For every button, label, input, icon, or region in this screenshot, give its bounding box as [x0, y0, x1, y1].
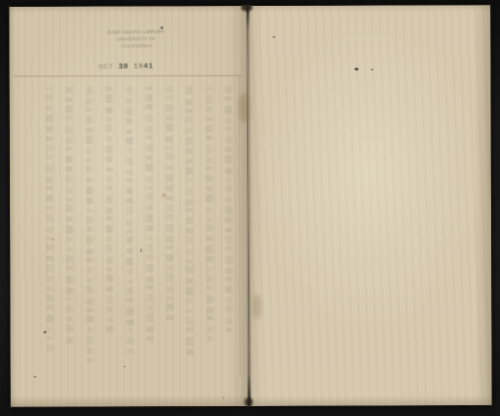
bleed-glyph — [106, 175, 113, 182]
bleed-glyph — [206, 135, 213, 140]
bleed-glyph — [225, 118, 232, 124]
bleed-glyph — [226, 268, 233, 274]
bleed-glyph — [86, 198, 93, 204]
bleed-glyph — [166, 146, 173, 150]
bleed-column — [206, 86, 215, 344]
bleed-glyph — [67, 325, 74, 333]
bleed-glyph — [187, 327, 194, 332]
bleed-glyph — [207, 217, 214, 221]
bleed-glyph — [46, 186, 53, 190]
bleed-glyph — [147, 294, 154, 301]
bleed-glyph — [147, 225, 154, 231]
bleed-glyph — [146, 86, 153, 90]
bleed-glyph — [166, 95, 173, 99]
bleed-glyph — [47, 315, 54, 323]
bleed-glyph — [166, 115, 173, 120]
bleed-glyph — [87, 227, 94, 232]
bleed-glyph — [187, 236, 194, 244]
bleed-glyph — [87, 249, 94, 255]
bleed-glyph — [127, 279, 134, 283]
bleed-glyph — [46, 94, 53, 101]
bleed-glyph — [187, 337, 194, 345]
bleed-glyph — [167, 254, 174, 261]
bleed-glyph — [187, 266, 194, 273]
date-stamp-part: OCT — [98, 64, 118, 72]
bleed-glyph — [225, 155, 232, 163]
bleed-glyph — [207, 336, 214, 341]
bleed-glyph — [186, 137, 193, 145]
bleed-glyph — [186, 167, 193, 174]
bleed-glyph — [106, 124, 113, 131]
bleed-glyph — [86, 136, 93, 144]
bleed-glyph — [226, 297, 233, 302]
bleed-glyph — [87, 217, 94, 224]
bleed-glyph — [207, 256, 214, 262]
bleed-column — [86, 87, 95, 367]
bleed-glyph — [67, 276, 74, 284]
bleed-glyph — [186, 99, 193, 105]
bleed-column — [106, 86, 115, 335]
bleed-glyph — [107, 325, 114, 332]
bleed-glyph — [187, 259, 194, 263]
bleed-glyph — [147, 236, 154, 240]
bleed-glyph — [66, 106, 73, 113]
bleed-glyph — [225, 96, 232, 101]
bleed-glyph — [146, 155, 153, 160]
bleed-glyph — [46, 126, 53, 132]
bleed-glyph — [86, 87, 93, 95]
bleed-glyph — [107, 225, 114, 232]
bleed-glyph — [166, 123, 173, 131]
bleed-glyph — [107, 295, 114, 303]
bleed-glyph — [67, 288, 74, 294]
bleed-glyph — [47, 244, 54, 251]
bleed-column — [186, 86, 195, 358]
bleed-glyph — [66, 198, 73, 202]
bleed-glyph — [126, 137, 133, 144]
bleed-glyph — [147, 336, 154, 340]
bleed-glyph — [186, 148, 193, 154]
bleed-glyph — [207, 207, 214, 213]
bleed-glyph — [225, 106, 232, 114]
bleed-glyph — [207, 285, 214, 290]
bleed-glyph — [47, 227, 54, 233]
bleed-glyph — [146, 163, 153, 171]
bleed-glyph — [206, 194, 213, 202]
bleed-glyph — [187, 309, 194, 313]
bleed-glyph — [87, 299, 94, 305]
bleed-column — [66, 87, 75, 348]
bleed-glyph — [86, 99, 93, 105]
bleed-glyph — [167, 286, 174, 292]
bleed-glyph — [47, 276, 54, 282]
bleed-glyph — [226, 217, 233, 223]
bleed-glyph — [86, 159, 93, 163]
bleed-glyph — [166, 185, 173, 191]
bleed-glyph — [67, 256, 74, 263]
bleed-glyph — [186, 187, 193, 195]
bleed-glyph — [67, 217, 74, 222]
bleed-glyph — [166, 174, 173, 182]
bleed-glyph — [226, 305, 233, 313]
bleed-glyph — [106, 94, 113, 102]
bleed-glyph — [47, 295, 54, 302]
right-page — [247, 5, 491, 406]
bleed-glyph — [207, 295, 214, 303]
bleed-glyph — [46, 155, 53, 160]
bleed-glyph — [106, 156, 113, 162]
library-stamp: EAST ASIATIC LIBRARY UNIVERSITY OF CALIF… — [97, 29, 175, 51]
bleed-glyph — [87, 316, 94, 323]
bleed-glyph — [146, 135, 153, 139]
bleed-glyph — [127, 297, 134, 302]
bleed-glyph — [47, 305, 54, 310]
left-page: EAST ASIATIC LIBRARY UNIVERSITY OF CALIF… — [9, 6, 248, 407]
bleed-glyph — [86, 178, 93, 183]
bleed-glyph — [46, 115, 53, 123]
bleed-glyph — [126, 98, 133, 103]
bleed-glyph — [107, 274, 114, 281]
bleed-column — [126, 86, 135, 356]
bleed-glyph — [107, 257, 114, 263]
bleed-glyph — [127, 307, 134, 315]
bleed-glyph — [47, 256, 54, 261]
bleed-glyph — [146, 193, 153, 200]
bleed-glyph — [66, 167, 73, 172]
bleed-glyph — [126, 107, 133, 115]
bleed-glyph — [187, 217, 194, 224]
bleed-glyph — [206, 125, 213, 132]
date-stamp-part: 19 — [128, 63, 143, 71]
bleed-glyph — [187, 208, 194, 212]
bleed-glyph — [66, 205, 73, 212]
bleed-glyph — [207, 275, 214, 282]
bleed-glyph — [66, 126, 73, 134]
bleed-glyph — [127, 219, 134, 225]
bleed-glyph — [225, 197, 232, 202]
bleed-glyph — [226, 328, 233, 332]
bleed-glyph — [126, 147, 133, 152]
bleed-glyph — [146, 94, 153, 101]
bleed-glyph — [167, 245, 174, 249]
bleed-glyph — [147, 285, 154, 289]
bleed-glyph — [47, 287, 54, 291]
bleed-glyph — [187, 278, 194, 283]
bleed-glyph — [106, 107, 113, 113]
bleed-glyph — [66, 147, 73, 151]
bleed-glyph — [225, 147, 232, 152]
bleed-glyph — [106, 117, 113, 121]
bleed-glyph — [167, 224, 174, 232]
bleed-glyph — [107, 216, 114, 220]
bleed-glyph — [146, 186, 153, 190]
bleed-glyph — [225, 127, 232, 131]
bleed-glyph — [206, 145, 213, 153]
bleed-glyph — [167, 273, 174, 281]
bleed-glyph — [166, 136, 173, 142]
bleed-glyph — [166, 204, 173, 211]
bleed-glyph — [87, 267, 94, 274]
bleed-through-rule — [14, 75, 242, 77]
bleed-glyph — [225, 185, 232, 192]
bleed-glyph — [66, 138, 73, 144]
bleed-glyph — [126, 198, 133, 203]
bleed-glyph — [87, 209, 94, 213]
bleed-glyph — [126, 118, 133, 124]
bleed-glyph — [126, 157, 133, 165]
bleed-glyph — [86, 166, 93, 173]
bleed-glyph — [46, 177, 53, 183]
bleed-glyph — [206, 117, 213, 121]
bleed-glyph — [206, 86, 213, 91]
bleed-glyph — [106, 145, 113, 153]
bleed-glyph — [87, 309, 94, 313]
bleed-glyph — [47, 214, 54, 222]
date-stamp-part: 41 — [143, 63, 153, 71]
bleed-glyph — [67, 297, 74, 301]
bleed-glyph — [167, 214, 174, 219]
bleed-glyph — [186, 86, 193, 94]
bleed-glyph — [147, 276, 154, 282]
stamp-line-1: EAST ASIATIC LIBRARY — [105, 30, 167, 36]
bleed-glyph — [166, 165, 173, 170]
bleed-glyph — [207, 325, 214, 332]
bleed-glyph — [206, 175, 213, 182]
bleed-glyph — [66, 156, 73, 163]
bleed-glyph — [167, 303, 174, 310]
bleed-glyph — [225, 168, 232, 174]
bleed-glyph — [167, 296, 174, 300]
bleed-glyph — [207, 267, 214, 271]
bleed-column — [46, 87, 55, 356]
bleed-through-border — [239, 76, 241, 376]
bleed-glyph — [186, 177, 193, 182]
bleed-glyph — [126, 178, 133, 182]
bleed-glyph — [146, 205, 153, 210]
bleed-glyph — [46, 106, 53, 111]
date-stamp-part: 30 — [118, 63, 128, 71]
bleed-column — [166, 86, 175, 324]
bleed-glyph — [47, 265, 54, 273]
bleed-glyph — [186, 159, 193, 163]
bleed-glyph — [226, 277, 233, 281]
bleed-glyph — [46, 165, 53, 173]
bleed-glyph — [166, 196, 173, 200]
bleed-glyph — [46, 87, 53, 91]
bleed-glyph — [46, 145, 53, 152]
bleed-glyph — [187, 249, 194, 255]
bleed-glyph — [187, 287, 194, 295]
bleed-column — [225, 86, 234, 335]
bleed-glyph — [207, 224, 214, 231]
bleed-glyph — [87, 286, 94, 294]
bleed-glyph — [67, 237, 74, 243]
bleed-glyph — [226, 236, 233, 243]
book-spread: EAST ASIATIC LIBRARY UNIVERSITY OF CALIF… — [9, 5, 491, 407]
bleed-glyph — [67, 248, 74, 252]
bleed-glyph — [226, 318, 233, 324]
bleed-glyph — [206, 166, 213, 170]
bleed-glyph — [226, 256, 233, 264]
bleed-glyph — [67, 317, 74, 322]
bleed-glyph — [106, 86, 113, 91]
bleed-glyph — [86, 128, 93, 133]
bleed-glyph — [87, 258, 94, 262]
bleed-glyph — [187, 228, 194, 233]
bleed-glyph — [106, 185, 113, 190]
bleed-glyph — [46, 137, 53, 141]
bleed-glyph — [107, 267, 114, 271]
bleed-glyph — [107, 207, 114, 213]
bleed-glyph — [225, 86, 232, 93]
bleed-glyph — [66, 188, 73, 194]
bleed-glyph — [207, 236, 214, 241]
bleed-glyph — [187, 317, 194, 324]
bleed-glyph — [47, 327, 54, 333]
bleed-glyph — [107, 244, 114, 252]
bleed-glyph — [206, 157, 213, 163]
bleed-glyph — [186, 128, 193, 133]
bleed-glyph — [225, 178, 232, 182]
bleed-glyph — [87, 328, 94, 333]
bleed-glyph — [127, 248, 134, 253]
bleed-column — [146, 86, 155, 343]
bleed-glyph — [166, 153, 173, 160]
bleed-glyph — [147, 326, 154, 332]
bleed-glyph — [66, 175, 73, 183]
bleed-glyph — [207, 307, 214, 313]
bleed-glyph — [86, 117, 93, 124]
bleed-glyph — [127, 229, 134, 233]
bleed-glyph — [47, 336, 54, 340]
bleed-glyph — [226, 286, 233, 293]
bleed-glyph — [66, 116, 73, 121]
bleed-glyph — [167, 236, 174, 242]
date-stamp: OCT 30 1941 — [98, 63, 153, 72]
bleed-glyph — [126, 129, 133, 133]
bleed-glyph — [146, 104, 153, 109]
bleed-glyph — [226, 246, 233, 251]
bleed-glyph — [147, 254, 154, 259]
bleed-glyph — [206, 106, 213, 112]
bleed-glyph — [87, 359, 94, 363]
bleed-glyph — [127, 268, 134, 274]
bleed-glyph — [186, 199, 193, 205]
bleed-glyph — [166, 104, 173, 111]
bleed-glyph — [127, 319, 134, 325]
bleed-glyph — [127, 348, 134, 353]
bleed-glyph — [67, 306, 74, 313]
bleed-glyph — [127, 337, 134, 344]
bleed-glyph — [187, 349, 194, 355]
bleed-glyph — [226, 206, 233, 214]
bleed-glyph — [207, 316, 214, 320]
bleed-glyph — [127, 328, 134, 332]
bleed-glyph — [86, 149, 93, 155]
bleed-glyph — [206, 95, 213, 103]
bleed-glyph — [87, 237, 94, 245]
bleed-glyph — [127, 287, 134, 294]
bleed-glyph — [87, 278, 94, 283]
bleed-glyph — [107, 306, 114, 312]
stamp-line-3: CALIFORNIA — [105, 44, 167, 50]
bleed-glyph — [166, 86, 173, 92]
bleed-glyph — [87, 337, 94, 345]
bleed-glyph — [206, 186, 213, 191]
bleed-glyph — [127, 206, 134, 214]
bleed-glyph — [126, 169, 133, 175]
bleed-glyph — [66, 98, 73, 102]
bleed-glyph — [147, 305, 154, 310]
bleed-glyph — [127, 257, 134, 265]
bleed-glyph — [225, 136, 232, 143]
bleed-glyph — [147, 244, 154, 251]
bleed-glyph — [146, 126, 153, 132]
bleed-glyph — [66, 87, 73, 93]
bleed-glyph — [106, 167, 113, 171]
bleed-glyph — [167, 315, 174, 320]
bleed-glyph — [86, 108, 93, 112]
bleed-glyph — [127, 236, 134, 243]
bleed-glyph — [106, 136, 113, 141]
bleed-glyph — [147, 214, 154, 222]
bleed-glyph — [67, 266, 74, 271]
bleed-glyph — [126, 187, 133, 194]
bleed-glyph — [46, 206, 53, 211]
bleed-glyph — [46, 195, 53, 202]
bleed-glyph — [147, 264, 154, 272]
bleed-glyph — [47, 237, 54, 241]
bleed-glyph — [146, 144, 153, 151]
bleed-glyph — [186, 109, 193, 113]
bleed-glyph — [146, 176, 153, 182]
bleed-glyph — [186, 116, 193, 123]
bleed-glyph — [207, 245, 214, 253]
stamp-line-2: UNIVERSITY OF — [105, 37, 167, 43]
bleed-glyph — [87, 348, 94, 354]
bleed-glyph — [167, 265, 174, 270]
bleed-glyph — [106, 195, 113, 203]
bleed-glyph — [86, 187, 93, 195]
bleed-glyph — [107, 236, 114, 241]
bleed-glyph — [47, 345, 54, 352]
bleed-glyph — [226, 228, 233, 232]
bleed-glyph — [67, 338, 74, 344]
bleed-glyph — [126, 86, 133, 93]
bleed-glyph — [67, 226, 74, 234]
bleed-glyph — [107, 317, 114, 321]
scan-background: EAST ASIATIC LIBRARY UNIVERSITY OF CALIF… — [0, 0, 500, 416]
bleed-glyph — [146, 114, 153, 122]
bleed-glyph — [107, 286, 114, 291]
bleed-glyph — [147, 313, 154, 321]
bleed-glyph — [187, 298, 194, 304]
